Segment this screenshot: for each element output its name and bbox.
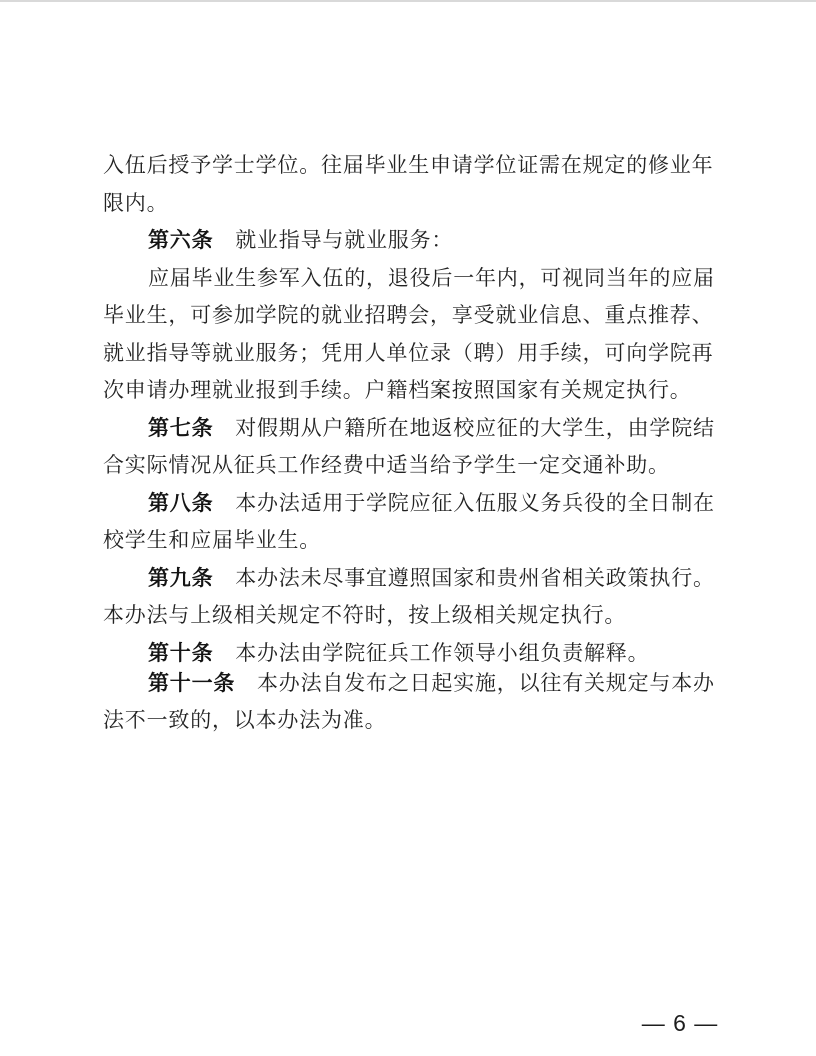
article-number: 第七条	[148, 417, 213, 440]
line-text: 次申请办理就业报到手续。户籍档案按照国家有关规定执行。	[103, 378, 692, 402]
text-line: 法不一致的，以本办法为准。	[103, 702, 723, 740]
line-text: 本办法自发布之日起实施，以往有关规定与本办	[235, 671, 715, 695]
document-page: 入伍后授予学士学位。往届毕业生申请学位证需在规定的修业年限内。第六条 就业指导与…	[0, 0, 816, 1056]
text-line: 校学生和应届毕业生。	[103, 522, 723, 560]
article-number: 第九条	[148, 567, 213, 590]
line-text: 本办法适用于学院应征入伍服义务兵役的全日制在	[213, 491, 714, 515]
text-line: 入伍后授予学士学位。往届毕业生申请学位证需在规定的修业年	[103, 147, 723, 185]
scan-edge-artifact	[0, 0, 816, 2]
text-line: 第十一条 本办法自发布之日起实施，以往有关规定与本办	[103, 665, 723, 703]
article-number: 第六条	[148, 229, 213, 252]
text-line: 第七条 对假期从户籍所在地返校应征的大学生，由学院结	[103, 410, 723, 448]
page-number: — 6 —	[620, 1008, 740, 1038]
text-block: 入伍后授予学士学位。往届毕业生申请学位证需在规定的修业年限内。第六条 就业指导与…	[103, 147, 723, 740]
line-text: 本办法由学院征兵工作领导小组负责解释。	[213, 641, 649, 665]
line-text: 本办法与上级相关规定不符时，按上级相关规定执行。	[103, 603, 626, 627]
text-line: 第六条 就业指导与就业服务：	[103, 222, 723, 260]
text-line: 应届毕业生参军入伍的，退役后一年内，可视同当年的应届	[103, 260, 723, 298]
text-line: 次申请办理就业报到手续。户籍档案按照国家有关规定执行。	[103, 372, 723, 410]
line-text: 校学生和应届毕业生。	[103, 528, 321, 552]
text-line: 毕业生，可参加学院的就业招聘会，享受就业信息、重点推荐、	[103, 297, 723, 335]
line-text: 法不一致的，以本办法为准。	[103, 708, 386, 732]
line-text: 入伍后授予学士学位。往届毕业生申请学位证需在规定的修业年	[103, 153, 713, 177]
line-text: 限内。	[103, 191, 168, 215]
text-line: 第八条 本办法适用于学院应征入伍服义务兵役的全日制在	[103, 485, 723, 523]
text-line: 就业指导等就业服务；凭用人单位录（聘）用手续，可向学院再	[103, 335, 723, 373]
article-number: 第十条	[148, 642, 213, 665]
text-line: 本办法与上级相关规定不符时，按上级相关规定执行。	[103, 597, 723, 635]
line-text: 本办法未尽事宜遵照国家和贵州省相关政策执行。	[213, 566, 714, 590]
text-line: 合实际情况从征兵工作经费中适当给予学生一定交通补助。	[103, 447, 723, 485]
article-number: 第八条	[148, 492, 213, 515]
line-text: 就业指导等就业服务；凭用人单位录（聘）用手续，可向学院再	[103, 341, 713, 365]
line-text: 合实际情况从征兵工作经费中适当给予学生一定交通补助。	[103, 453, 670, 477]
text-line: 限内。	[103, 185, 723, 223]
line-text: 毕业生，可参加学院的就业招聘会，享受就业信息、重点推荐、	[103, 303, 713, 327]
line-text: 对假期从户籍所在地返校应征的大学生，由学院结	[213, 416, 714, 440]
article-number: 第十一条	[148, 672, 235, 695]
line-text: 就业指导与就业服务：	[213, 228, 453, 252]
text-line: 第九条 本办法未尽事宜遵照国家和贵州省相关政策执行。	[103, 560, 723, 598]
line-text: 应届毕业生参军入伍的，退役后一年内，可视同当年的应届	[148, 266, 715, 290]
